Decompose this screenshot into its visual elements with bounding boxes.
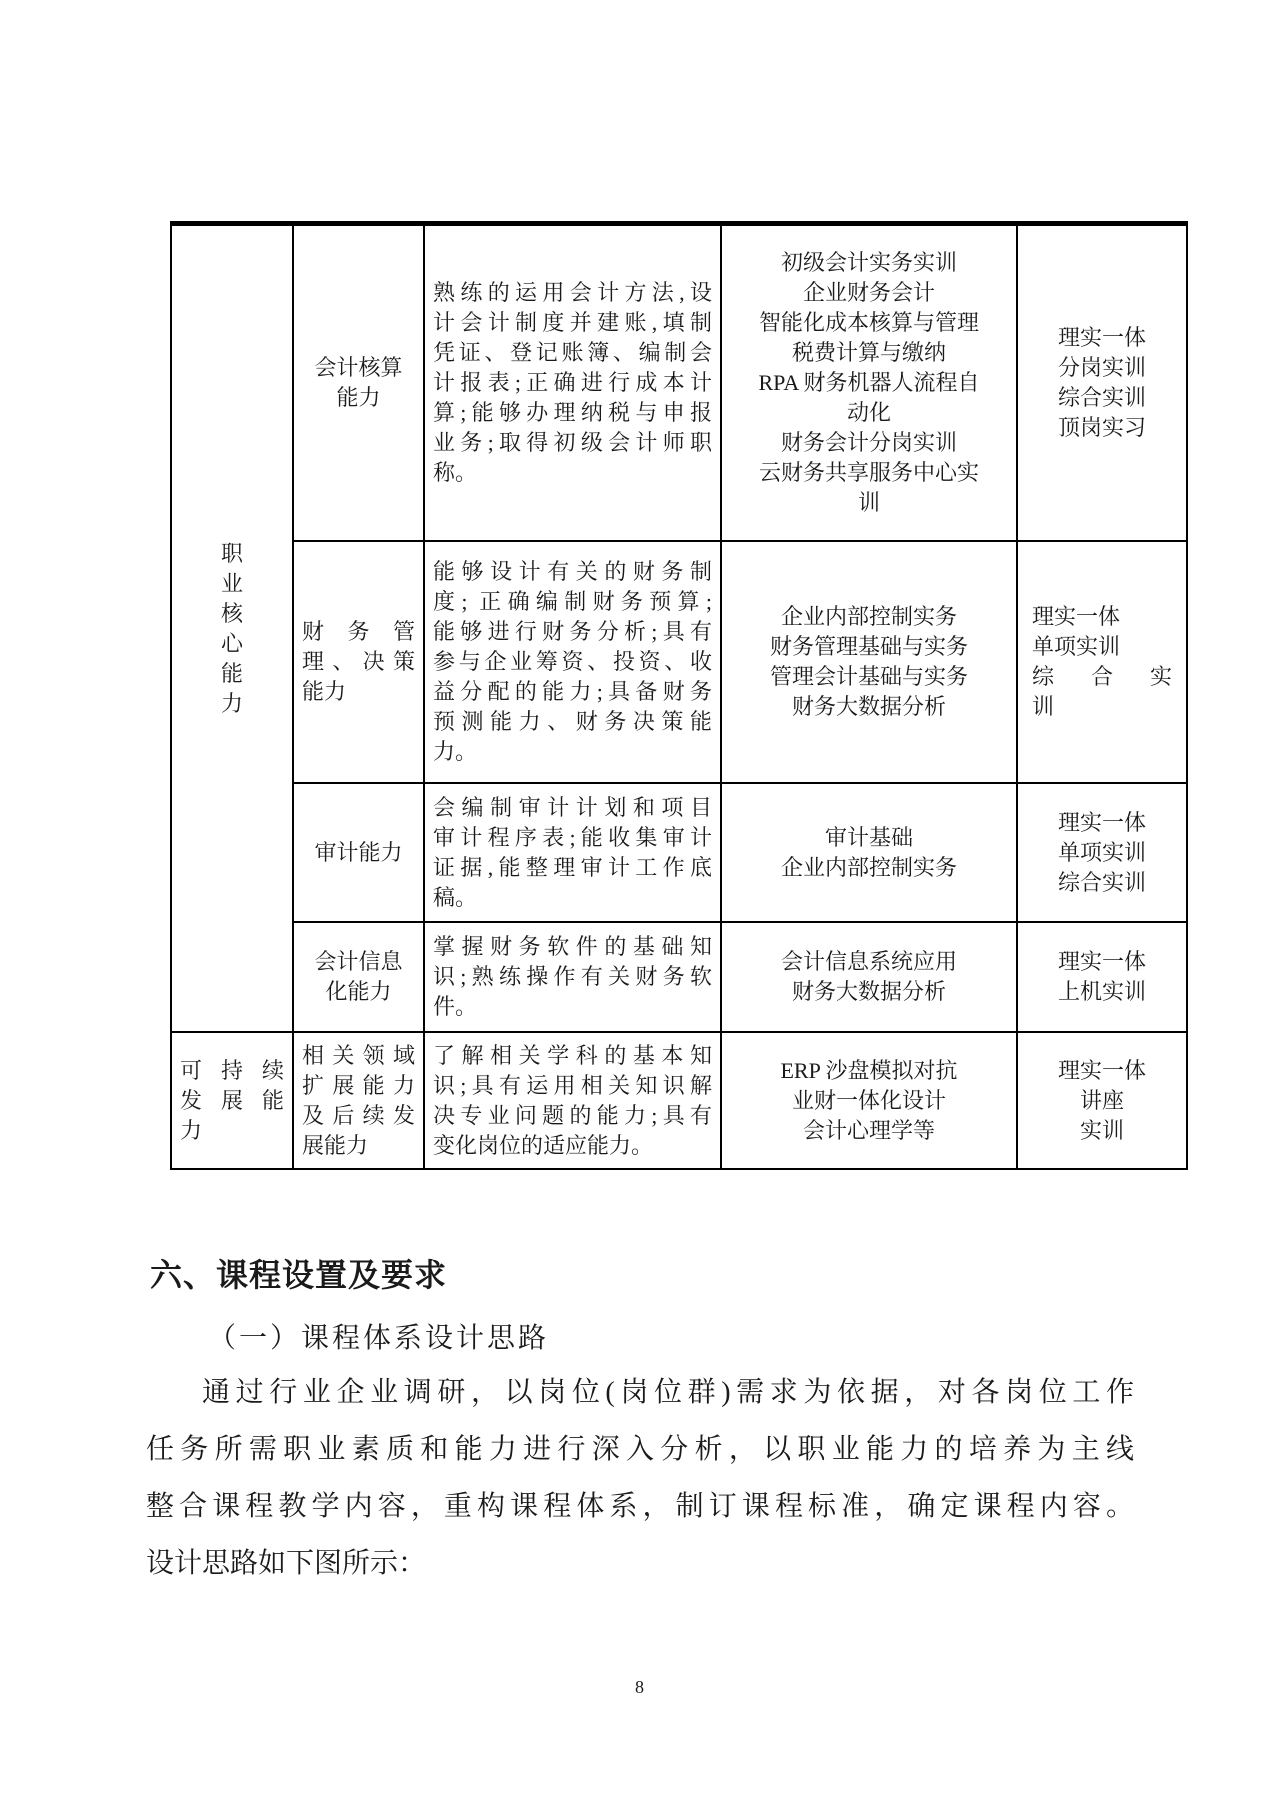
- ability-description: 了解相关学科的基本知识;具有运用相关知识解决专业问题的能力;具有变化岗位的适应能…: [433, 1041, 712, 1161]
- ability-description: 能够设计有关的财务制度; 正确编制财务预算;能够进行财务分析;具有参与企业筹资、…: [433, 557, 712, 767]
- ability-label: 会计信息化能力: [302, 947, 415, 1007]
- method-list: 理实一体单项实训综合实训: [1026, 602, 1178, 722]
- table-row-audit: 审计能力 会编制审计计划和项目审计程序表;能收集审计证据,能整理审计工作底稿。 …: [171, 783, 1187, 922]
- ability-cell: 审计能力: [293, 783, 424, 922]
- competency-table: 职业核心能力 会计核算能力 熟练的运用会计方法,设计会计制度并建账,填制凭证、登…: [170, 221, 1188, 1170]
- description-cell: 会编制审计计划和项目审计程序表;能收集审计证据,能整理审计工作底稿。: [424, 783, 721, 922]
- courses-cell: ERP 沙盘模拟对抗业财一体化设计会计心理学等: [721, 1032, 1017, 1169]
- method-list: 理实一体上机实训: [1026, 947, 1178, 1007]
- method-list: 理实一体单项实训综合实训: [1026, 808, 1178, 898]
- page-number: 8: [0, 1676, 1279, 1698]
- table-row-finance-mgmt: 财务管理、决策能力 能够设计有关的财务制度; 正确编制财务预算;能够进行财务分析…: [171, 541, 1187, 783]
- courses-cell: 审计基础企业内部控制实务: [721, 783, 1017, 922]
- table-row-sustainable: 可持续发展能力 相关领域扩展能力及后续发展能力 了解相关学科的基本知识;具有运用…: [171, 1032, 1187, 1169]
- ability-description: 熟练的运用会计方法,设计会计制度并建账,填制凭证、登记账簿、编制会计报表;正确进…: [433, 278, 712, 488]
- group-label: 可持续发展能力: [180, 1056, 284, 1146]
- course-list: 审计基础企业内部控制实务: [730, 823, 1008, 883]
- ability-label: 相关领域扩展能力及后续发展能力: [302, 1041, 415, 1161]
- ability-description: 会编制审计计划和项目审计程序表;能收集审计证据,能整理审计工作底稿。: [433, 793, 712, 913]
- section-heading: 六、课程设置及要求: [150, 1252, 447, 1298]
- ability-label: 会计核算能力: [302, 353, 415, 413]
- methods-cell: 理实一体单项实训综合实训: [1017, 541, 1187, 783]
- section-subheading: （一）课程体系设计思路: [208, 1318, 549, 1360]
- description-cell: 能够设计有关的财务制度; 正确编制财务预算;能够进行财务分析;具有参与企业筹资、…: [424, 541, 721, 783]
- description-cell: 熟练的运用会计方法,设计会计制度并建账,填制凭证、登记账簿、编制会计报表;正确进…: [424, 224, 721, 542]
- ability-cell: 会计信息化能力: [293, 922, 424, 1032]
- courses-cell: 会计信息系统应用财务大数据分析: [721, 922, 1017, 1032]
- ability-label: 审计能力: [302, 838, 415, 868]
- group-cell-core-ability: 职业核心能力: [171, 224, 293, 1033]
- method-list: 理实一体分岗实训综合实训顶岗实习: [1026, 323, 1178, 443]
- ability-label: 财务管理、决策能力: [302, 617, 415, 707]
- methods-cell: 理实一体单项实训综合实训: [1017, 783, 1187, 922]
- table-row-accounting: 职业核心能力 会计核算能力 熟练的运用会计方法,设计会计制度并建账,填制凭证、登…: [171, 224, 1187, 542]
- ability-cell: 相关领域扩展能力及后续发展能力: [293, 1032, 424, 1169]
- group-label-vertical: 职业核心能力: [180, 539, 284, 719]
- course-list: 初级会计实务实训企业财务会计智能化成本核算与管理税费计算与缴纳RPA 财务机器人…: [730, 248, 1008, 518]
- description-cell: 掌握财务软件的基础知识;熟练操作有关财务软件。: [424, 922, 721, 1032]
- methods-cell: 理实一体讲座实训: [1017, 1032, 1187, 1169]
- courses-cell: 企业内部控制实务财务管理基础与实务管理会计基础与实务财务大数据分析: [721, 541, 1017, 783]
- courses-cell: 初级会计实务实训企业财务会计智能化成本核算与管理税费计算与缴纳RPA 财务机器人…: [721, 224, 1017, 542]
- group-cell-sustainable: 可持续发展能力: [171, 1032, 293, 1169]
- ability-cell: 财务管理、决策能力: [293, 541, 424, 783]
- methods-cell: 理实一体上机实训: [1017, 922, 1187, 1032]
- methods-cell: 理实一体分岗实训综合实训顶岗实习: [1017, 224, 1187, 542]
- ability-cell: 会计核算能力: [293, 224, 424, 542]
- course-list: ERP 沙盘模拟对抗业财一体化设计会计心理学等: [730, 1056, 1008, 1146]
- method-list: 理实一体讲座实训: [1026, 1056, 1178, 1146]
- course-list: 企业内部控制实务财务管理基础与实务管理会计基础与实务财务大数据分析: [730, 602, 1008, 722]
- course-list: 会计信息系统应用财务大数据分析: [730, 947, 1008, 1007]
- ability-description: 掌握财务软件的基础知识;熟练操作有关财务软件。: [433, 932, 712, 1022]
- body-paragraph: 通过行业企业调研，以岗位(岗位群)需求为依据，对各岗位工作任务所需职业素质和能力…: [146, 1364, 1134, 1592]
- document-page: 职业核心能力 会计核算能力 熟练的运用会计方法,设计会计制度并建账,填制凭证、登…: [0, 0, 1279, 1809]
- description-cell: 了解相关学科的基本知识;具有运用相关知识解决专业问题的能力;具有变化岗位的适应能…: [424, 1032, 721, 1169]
- table-row-accounting-it: 会计信息化能力 掌握财务软件的基础知识;熟练操作有关财务软件。 会计信息系统应用…: [171, 922, 1187, 1032]
